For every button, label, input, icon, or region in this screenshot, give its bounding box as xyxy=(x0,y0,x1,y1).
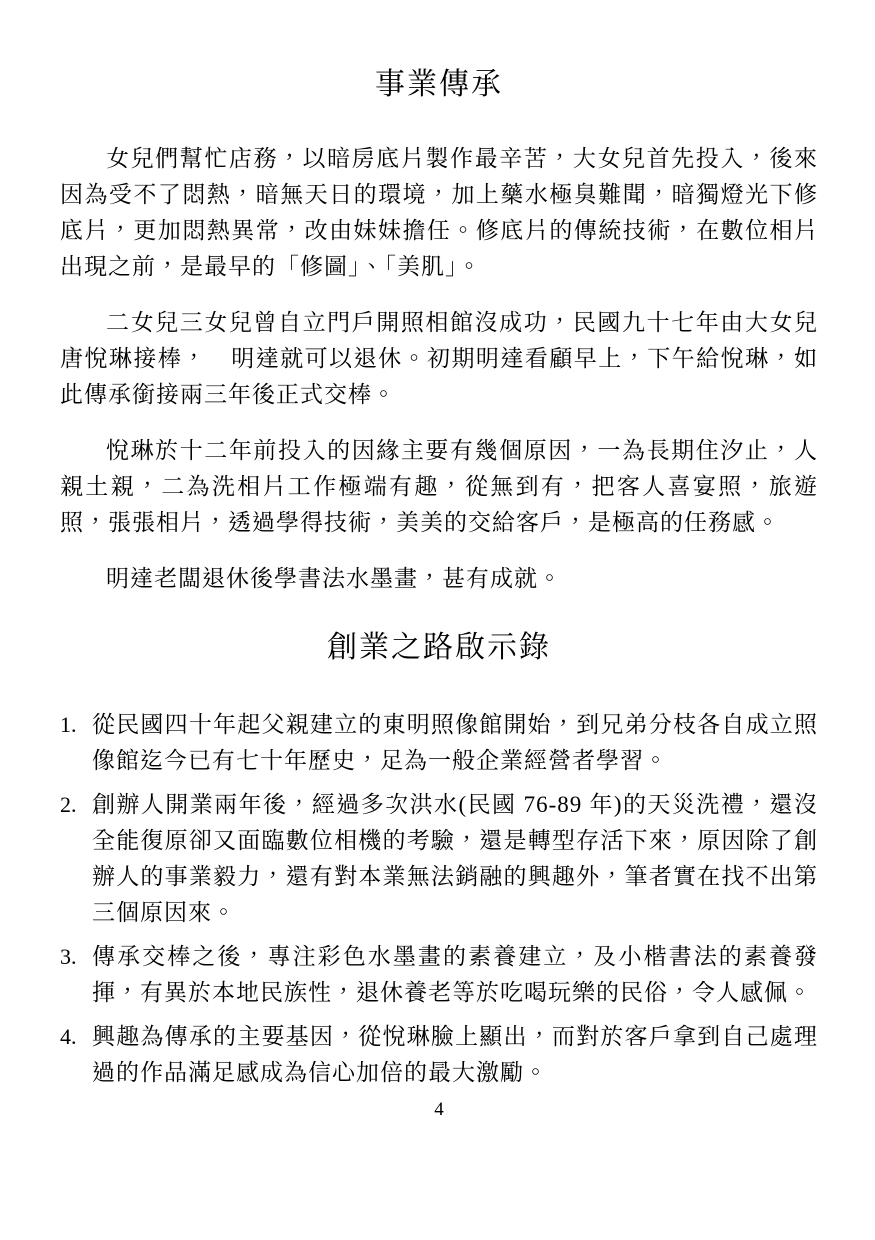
list-item-1-text: 從民國四十年起父親建立的東明照像館開始，到兄弟分枝各自成立照像館迄今已有七十年歷… xyxy=(92,712,818,773)
paragraph-4: 明達老闆退休後學書法水墨畫，甚有成就。 xyxy=(60,561,818,597)
list-item-2-text: 創辦人開業兩年後，經過多次洪水(民國 76-89 年)的天災洗禮，還沒全能復原卻… xyxy=(92,792,818,925)
list-item-1-number: 1. xyxy=(60,707,77,743)
numbered-list: 1. 從民國四十年起父親建立的東明照像館開始，到兄弟分枝各自成立照像館迄今已有七… xyxy=(60,707,818,1091)
list-item-3-text: 傳承交棒之後，專注彩色水墨畫的素養建立，及小楷書法的素養發揮，有異於本地民族性，… xyxy=(92,944,818,1005)
list-item-3: 3. 傳承交棒之後，專注彩色水墨畫的素養建立，及小楷書法的素養發揮，有異於本地民… xyxy=(60,939,818,1011)
page-number: 4 xyxy=(60,1099,818,1121)
paragraph-1: 女兒們幫忙店務，以暗房底片製作最辛苦，大女兒首先投入，後來因為受不了悶熱，暗無天… xyxy=(60,141,818,285)
list-item-4: 4. 興趣為傳承的主要基因，從悅琳臉上顯出，而對於客戶拿到自己處理過的作品滿足感… xyxy=(60,1019,818,1091)
list-item-2: 2. 創辦人開業兩年後，經過多次洪水(民國 76-89 年)的天災洗禮，還沒全能… xyxy=(60,787,818,931)
paragraph-2: 二女兒三女兒曾自立門戶開照相館沒成功，民國九十七年由大女兒唐悅琳接棒， 明達就可… xyxy=(60,305,818,413)
list-item-1: 1. 從民國四十年起父親建立的東明照像館開始，到兄弟分枝各自成立照像館迄今已有七… xyxy=(60,707,818,779)
section2-title: 創業之路啟示錄 xyxy=(60,627,818,669)
section1-title: 事業傳承 xyxy=(60,64,818,106)
list-item-4-text: 興趣為傳承的主要基因，從悅琳臉上顯出，而對於客戶拿到自己處理過的作品滿足感成為信… xyxy=(92,1024,818,1085)
list-item-2-number: 2. xyxy=(60,787,77,823)
paragraph-3: 悅琳於十二年前投入的因緣主要有幾個原因，一為長期住汐止，人親土親，二為洗相片工作… xyxy=(60,433,818,541)
list-item-3-number: 3. xyxy=(60,939,77,975)
list-item-4-number: 4. xyxy=(60,1019,77,1055)
document-page: 事業傳承 女兒們幫忙店務，以暗房底片製作最辛苦，大女兒首先投入，後來因為受不了悶… xyxy=(0,0,875,1240)
